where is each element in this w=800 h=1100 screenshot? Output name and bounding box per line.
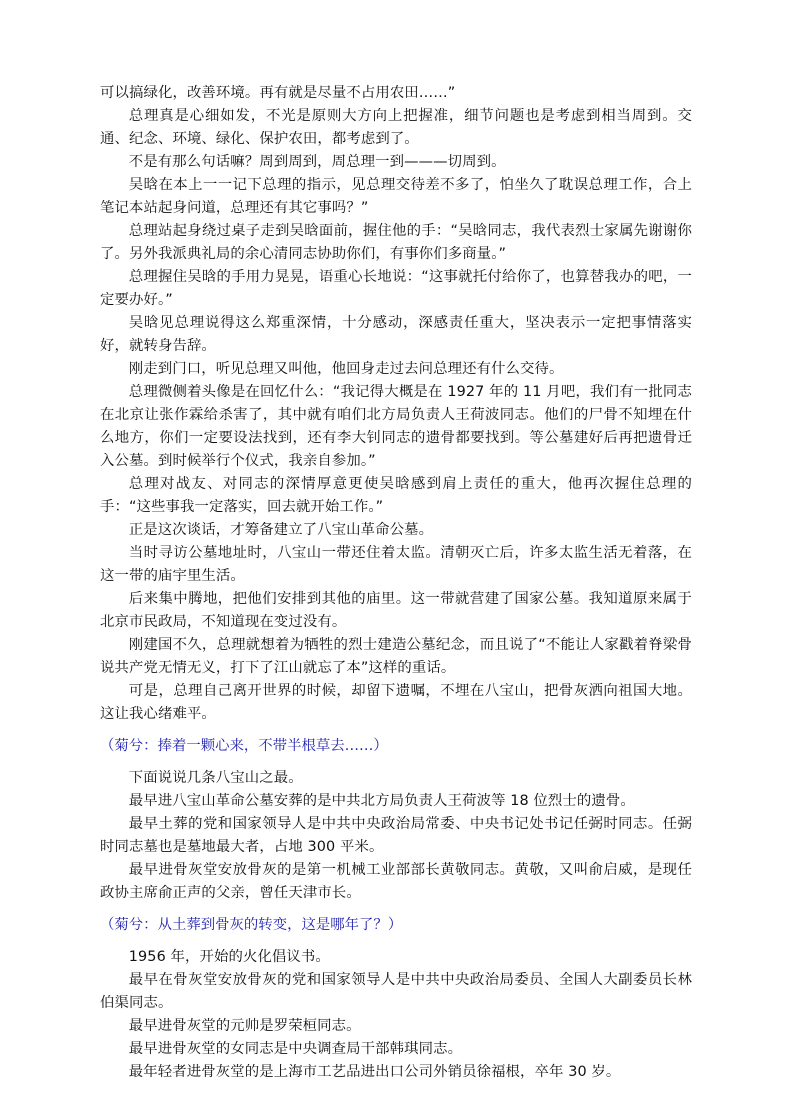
paragraph: 最早进八宝山革命公墓安葬的是中共北方局负责人王荷波等 18 位烈士的遗骨。 [100,790,692,813]
paragraph: 当时寻访公墓地址时，八宝山一带还住着太监。清朝灭亡后，许多太监生活无着落，在这一… [100,542,692,588]
paragraph: 总理站起身绕过桌子走到吴晗面前，握住他的手：“吴晗同志，我代表烈士家属先谢谢你了… [100,220,692,266]
paragraph: 吴晗在本上一一记下总理的指示，见总理交待差不多了，怕坐久了耽误总理工作，合上笔记… [100,174,692,220]
paragraph: 正是这次谈话，才筹备建立了八宝山革命公墓。 [100,519,692,542]
document-page: 可以搞绿化，改善环境。再有就是尽量不占用农田……” 总理真是心细如发，不光是原则… [100,82,692,1084]
paragraph: 最早进骨灰堂的元帅是罗荣桓同志。 [100,1015,692,1038]
paragraph: 吴晗见总理说得这么郑重深情，十分感动，深感责任重大，坚决表示一定把事情落实好，就… [100,312,692,358]
paragraph: 最年轻者进骨灰堂的是上海市工艺品进出口公司外销员徐福根，卒年 30 岁。 [100,1061,692,1084]
paragraph: 最早土葬的党和国家领导人是中共中央政治局常委、中央书记处书记任弼时同志。任弼时同… [100,813,692,859]
paragraph: 总理微侧着头像是在回忆什么：“我记得大概是在 1927 年的 11 月吧，我们有… [100,381,692,473]
paragraph: 可以搞绿化，改善环境。再有就是尽量不占用农田……” [100,82,692,105]
paragraph: 刚建国不久，总理就想着为牺牲的烈士建造公墓纪念，而且说了“不能让人家戳着脊梁骨说… [100,634,692,680]
paragraph: 总理真是心细如发，不光是原则大方向上把握准，细节问题也是考虑到相当周到。交通、纪… [100,105,692,151]
paragraph: 总理握住吴晗的手用力晃晃，语重心长地说：“这事就托付给你了，也算替我办的吧，一定… [100,266,692,312]
paragraph: 最早在骨灰堂安放骨灰的党和国家领导人是中共中央政治局委员、全国人大副委员长林伯渠… [100,969,692,1015]
paragraph: 1956 年，开始的火化倡议书。 [100,946,692,969]
paragraph: 后来集中腾地，把他们安排到其他的庙里。这一带就营建了国家公墓。我知道原来属于北京… [100,588,692,634]
editor-note: （菊兮：从土葬到骨灰的转变，这是哪年了？） [100,914,692,937]
paragraph: 可是，总理自己离开世界的时候，却留下遗嘱，不埋在八宝山，把骨灰洒向祖国大地。这让… [100,680,692,726]
paragraph: 刚走到门口，听见总理又叫他，他回身走过去问总理还有什么交待。 [100,358,692,381]
paragraph: 不是有那么句话嘛？周到周到，周总理一到———切周到。 [100,151,692,174]
paragraph: 下面说说几条八宝山之最。 [100,767,692,790]
paragraph: 最早进骨灰堂的女同志是中央调查局干部韩琪同志。 [100,1038,692,1061]
paragraph: 总理对战友、对同志的深情厚意更使吴晗感到肩上责任的重大，他再次握住总理的手：“这… [100,473,692,519]
editor-note: （菊兮：捧着一颗心来，不带半根草去……） [100,735,692,758]
paragraph: 最早进骨灰堂安放骨灰的是第一机械工业部部长黄敬同志。黄敬，又叫俞启威，是现任政协… [100,859,692,905]
